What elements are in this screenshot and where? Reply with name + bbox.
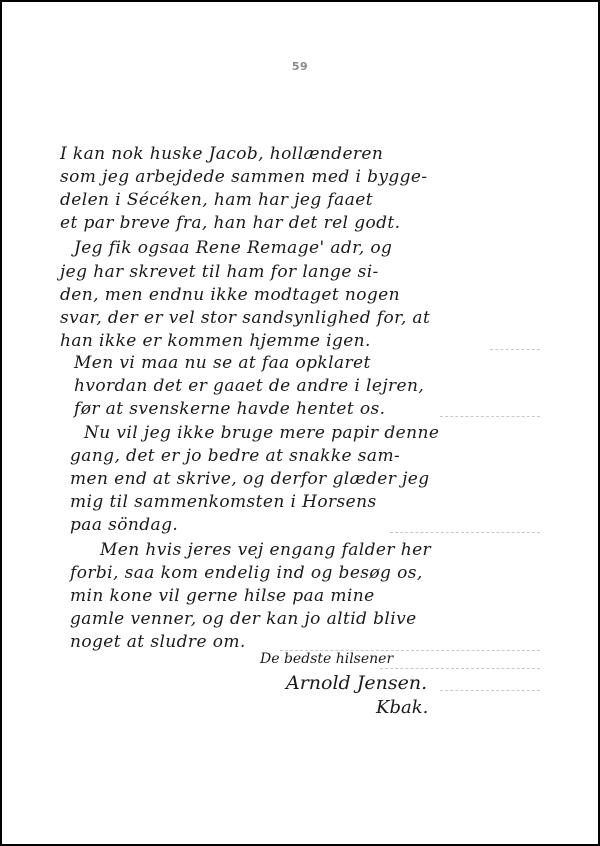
document-page: 59 I kan nok huske Jacob, hollænderen so… [0, 0, 600, 846]
page-number: 59 [2, 60, 598, 73]
letter-line: paa söndag. [70, 515, 178, 535]
letter-line: gamle venner, og der kan jo altid blive [70, 609, 417, 629]
dashed-rule [440, 690, 540, 691]
letter-line: forbi, saa kom endelig ind og besøg os, [70, 563, 423, 583]
letter-line: men end at skrive, og derfor glæder jeg [70, 469, 430, 489]
letter-line: Men vi maa nu se at faa opklaret [74, 353, 371, 373]
letter-line: før at svenskerne havde hentet os. [74, 399, 385, 419]
letter-line: gang, det er jo bedre at snakke sam- [70, 446, 400, 466]
letter-line: mig til sammenkomsten i Horsens [70, 492, 377, 512]
letter-line: den, men endnu ikke modtaget nogen [60, 285, 400, 305]
letter-line: Men hvis jeres vej engang falder her [100, 540, 431, 560]
letter-line: Jeg fik ogsaa Rene Remage' adr, og [74, 238, 392, 258]
letter-line: I kan nok huske Jacob, hollænderen [60, 144, 383, 164]
letter-line: noget at sludre om. [70, 632, 246, 652]
letter-line: Nu vil jeg ikke bruge mere papir denne [84, 423, 439, 443]
closing-phrase: Arnold Jensen. [286, 672, 427, 694]
letter-line: et par breve fra, han har det rel godt. [60, 213, 400, 233]
letter-line: hvordan det er gaaet de andre i lejren, [74, 376, 424, 396]
dashed-rule [490, 349, 540, 350]
letter-line: som jeg arbejdede sammen med i bygge- [60, 167, 428, 187]
letter-line: delen i Sécéken, ham har jeg faaet [60, 190, 373, 210]
dashed-rule [380, 668, 540, 669]
dashed-rule [440, 416, 540, 417]
dashed-rule [390, 532, 540, 533]
signature: Kbak. [376, 697, 428, 718]
letter-line: han ikke er kommen hjemme igen. [60, 331, 371, 351]
letter-line: jeg har skrevet til ham for lange si- [60, 262, 379, 282]
closing-salutation: De bedste hilsener [260, 651, 393, 667]
letter-line: min kone vil gerne hilse paa mine [70, 586, 375, 606]
letter-line: svar, der er vel stor sandsynlighed for,… [60, 308, 430, 328]
